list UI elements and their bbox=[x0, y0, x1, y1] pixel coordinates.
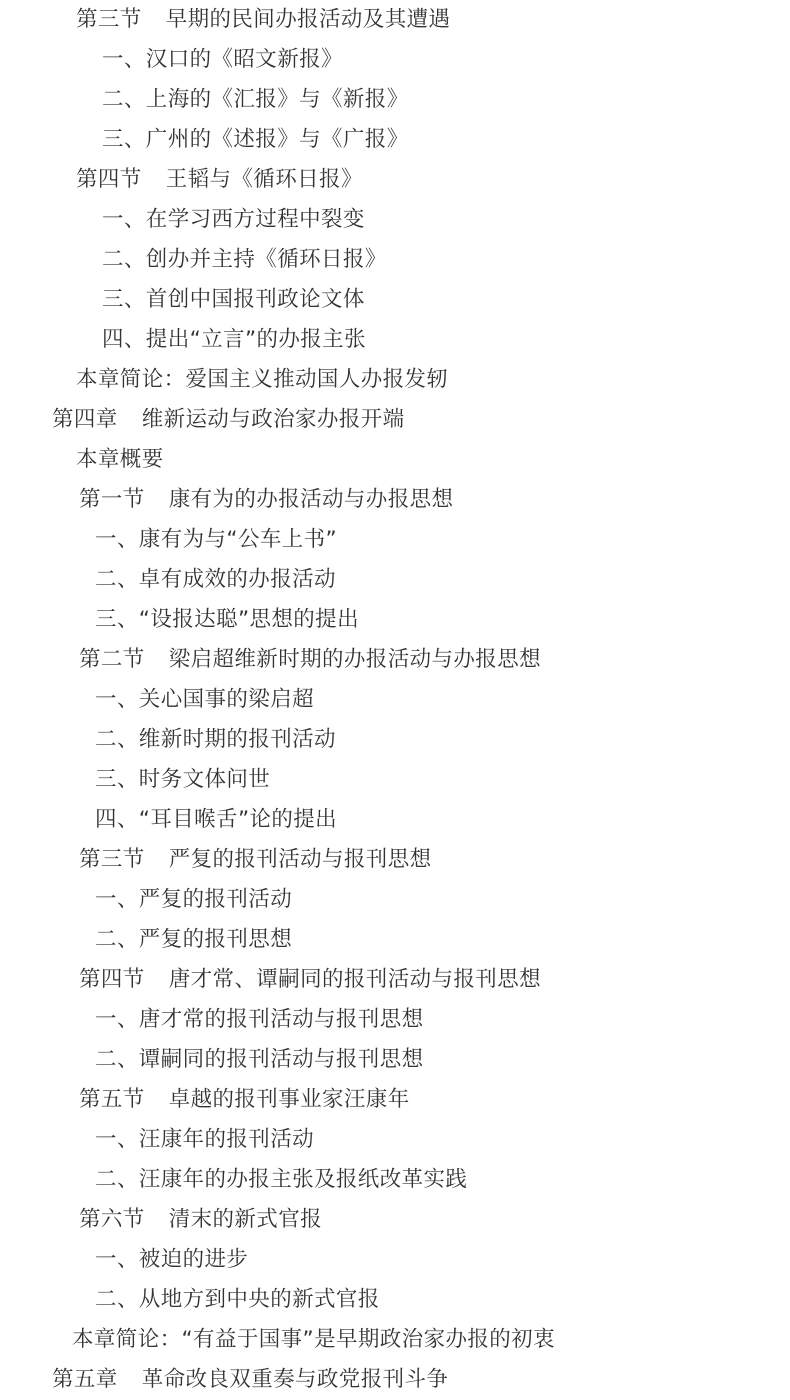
toc-item[interactable]: 四、“耳目喉舌”论的提出 bbox=[95, 800, 337, 840]
toc-title: 四、提出“立言”的办报主张 bbox=[102, 327, 366, 352]
toc-item[interactable]: 一、康有为与“公车上书” bbox=[95, 520, 337, 560]
toc-title: 三、广州的《述报》与《广报》 bbox=[102, 127, 409, 152]
toc-item[interactable]: 一、严复的报刊活动 bbox=[95, 880, 292, 920]
toc-label: 第三节 bbox=[76, 7, 142, 32]
toc-title: 清末的新式官报 bbox=[169, 1207, 322, 1232]
toc-title: 早期的民间办报活动及其遭遇 bbox=[166, 7, 451, 32]
toc-title: 本章概要 bbox=[76, 447, 164, 472]
toc-section[interactable]: 第五节卓越的报刊事业家汪康年 bbox=[79, 1080, 410, 1120]
toc-item[interactable]: 一、汉口的《昭文新报》 bbox=[102, 40, 343, 80]
toc-title: 一、康有为与“公车上书” bbox=[95, 527, 337, 552]
toc-label: 第三节 bbox=[79, 847, 145, 872]
toc-item[interactable]: 二、上海的《汇报》与《新报》 bbox=[102, 80, 409, 120]
toc-title: 王韬与《循环日报》 bbox=[166, 167, 363, 192]
toc-item[interactable]: 三、广州的《述报》与《广报》 bbox=[102, 120, 409, 160]
toc-label: 第五章 bbox=[52, 1367, 118, 1392]
toc-label: 第二节 bbox=[79, 647, 145, 672]
toc-section[interactable]: 第二节梁启超维新时期的办报活动与办报思想 bbox=[79, 640, 541, 680]
toc-title: 卓越的报刊事业家汪康年 bbox=[169, 1087, 410, 1112]
toc-title: 二、上海的《汇报》与《新报》 bbox=[102, 87, 409, 112]
toc-item[interactable]: 三、首创中国报刊政论文体 bbox=[102, 280, 365, 320]
toc-title: 三、“设报达聪”思想的提出 bbox=[95, 607, 359, 632]
toc-title: 本章简论：“有益于国事”是早期政治家办报的初衷 bbox=[72, 1327, 555, 1352]
toc-label: 第五节 bbox=[79, 1087, 145, 1112]
toc-title: 三、首创中国报刊政论文体 bbox=[102, 287, 365, 312]
toc-item[interactable]: 二、从地方到中央的新式官报 bbox=[95, 1280, 380, 1320]
toc-item[interactable]: 二、严复的报刊思想 bbox=[95, 920, 292, 960]
toc-summary[interactable]: 本章简论：爱国主义推动国人办报发轫 bbox=[76, 360, 448, 400]
toc-section[interactable]: 第四节唐才常、谭嗣同的报刊活动与报刊思想 bbox=[79, 960, 541, 1000]
toc-item[interactable]: 四、提出“立言”的办报主张 bbox=[102, 320, 366, 360]
toc-item[interactable]: 一、唐才常的报刊活动与报刊思想 bbox=[95, 1000, 424, 1040]
toc-title: 四、“耳目喉舌”论的提出 bbox=[95, 807, 337, 832]
toc-item[interactable]: 一、汪康年的报刊活动 bbox=[95, 1120, 314, 1160]
toc-summary[interactable]: 本章简论：“有益于国事”是早期政治家办报的初衷 bbox=[72, 1320, 555, 1360]
toc-item[interactable]: 二、谭嗣同的报刊活动与报刊思想 bbox=[95, 1040, 424, 1080]
toc-chapter[interactable]: 第五章革命改良双重奏与政党报刊斗争 bbox=[52, 1360, 448, 1400]
toc-title: 严复的报刊活动与报刊思想 bbox=[169, 847, 432, 872]
toc-item[interactable]: 三、“设报达聪”思想的提出 bbox=[95, 600, 359, 640]
toc-label: 第四节 bbox=[76, 167, 142, 192]
toc-title: 二、维新时期的报刊活动 bbox=[95, 727, 336, 752]
toc-title: 梁启超维新时期的办报活动与办报思想 bbox=[169, 647, 541, 672]
toc-label: 第六节 bbox=[79, 1207, 145, 1232]
toc-label: 第四章 bbox=[52, 407, 118, 432]
toc-item[interactable]: 三、时务文体问世 bbox=[95, 760, 270, 800]
toc-title: 本章简论：爱国主义推动国人办报发轫 bbox=[76, 367, 448, 392]
toc-title: 二、汪康年的办报主张及报纸改革实践 bbox=[95, 1167, 467, 1192]
toc-title: 康有为的办报活动与办报思想 bbox=[169, 487, 454, 512]
toc-title: 三、时务文体问世 bbox=[95, 767, 270, 792]
toc-item[interactable]: 二、卓有成效的办报活动 bbox=[95, 560, 336, 600]
toc-title: 二、卓有成效的办报活动 bbox=[95, 567, 336, 592]
toc-section[interactable]: 第一节康有为的办报活动与办报思想 bbox=[79, 480, 453, 520]
toc-title: 唐才常、谭嗣同的报刊活动与报刊思想 bbox=[169, 967, 541, 992]
toc-item[interactable]: 一、在学习西方过程中裂变 bbox=[102, 200, 365, 240]
toc-title: 革命改良双重奏与政党报刊斗争 bbox=[142, 1367, 449, 1392]
toc-title: 一、严复的报刊活动 bbox=[95, 887, 292, 912]
toc-section[interactable]: 第四节王韬与《循环日报》 bbox=[76, 160, 363, 200]
toc-title: 二、谭嗣同的报刊活动与报刊思想 bbox=[95, 1047, 424, 1072]
toc-title: 一、在学习西方过程中裂变 bbox=[102, 207, 365, 232]
toc-title: 一、汪康年的报刊活动 bbox=[95, 1127, 314, 1152]
toc-item[interactable]: 二、汪康年的办报主张及报纸改革实践 bbox=[95, 1160, 467, 1200]
toc-section[interactable]: 第三节早期的民间办报活动及其遭遇 bbox=[76, 0, 450, 40]
toc-title: 一、关心国事的梁启超 bbox=[95, 687, 314, 712]
toc-section[interactable]: 第六节清末的新式官报 bbox=[79, 1200, 322, 1240]
toc-title: 一、被迫的进步 bbox=[95, 1247, 248, 1272]
toc-item[interactable]: 二、创办并主持《循环日报》 bbox=[102, 240, 387, 280]
toc-title: 二、创办并主持《循环日报》 bbox=[102, 247, 387, 272]
toc-overview[interactable]: 本章概要 bbox=[76, 440, 164, 480]
toc-title: 一、汉口的《昭文新报》 bbox=[102, 47, 343, 72]
toc-title: 一、唐才常的报刊活动与报刊思想 bbox=[95, 1007, 424, 1032]
toc-item[interactable]: 一、关心国事的梁启超 bbox=[95, 680, 314, 720]
toc-label: 第四节 bbox=[79, 967, 145, 992]
toc-chapter[interactable]: 第四章维新运动与政治家办报开端 bbox=[52, 400, 405, 440]
toc-title: 维新运动与政治家办报开端 bbox=[142, 407, 405, 432]
toc-item[interactable]: 一、被迫的进步 bbox=[95, 1240, 248, 1280]
toc-title: 二、严复的报刊思想 bbox=[95, 927, 292, 952]
toc-item[interactable]: 二、维新时期的报刊活动 bbox=[95, 720, 336, 760]
toc-label: 第一节 bbox=[79, 487, 145, 512]
toc-title: 二、从地方到中央的新式官报 bbox=[95, 1287, 380, 1312]
toc-section[interactable]: 第三节严复的报刊活动与报刊思想 bbox=[79, 840, 432, 880]
